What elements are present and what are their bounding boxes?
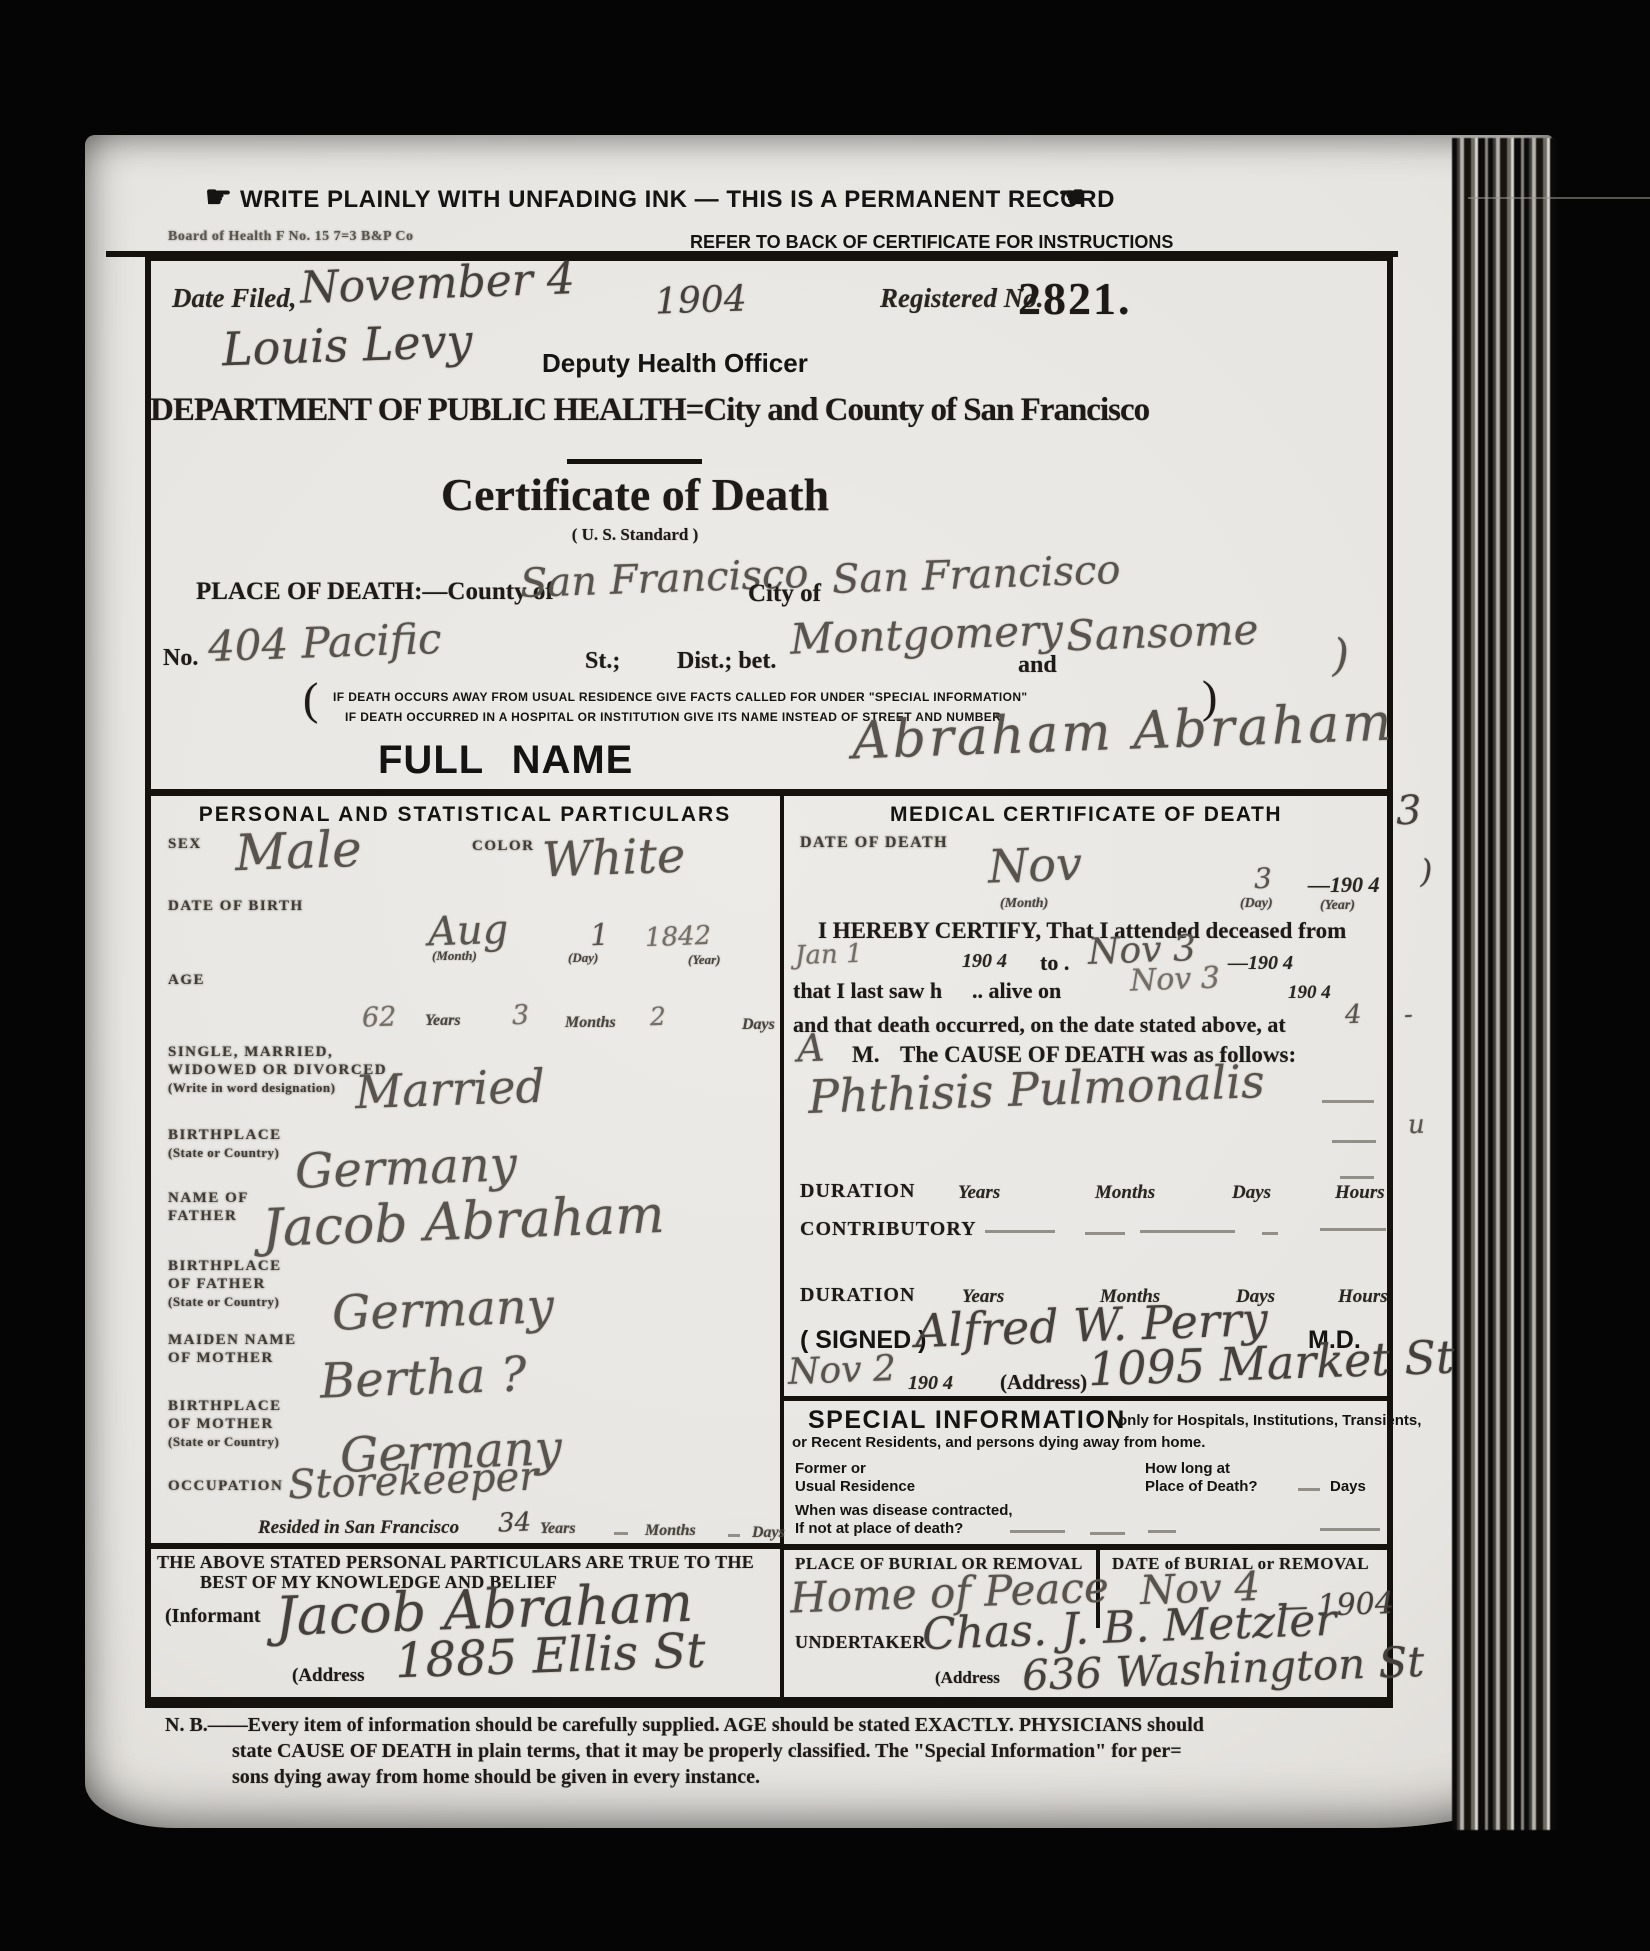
book-binding-edge [1452,138,1556,1830]
date-filed-label: Date Filed, [172,283,296,314]
undertaker-label: UNDERTAKER [795,1632,926,1653]
father-birthplace-label-1: BIRTHPLACE [168,1258,282,1275]
color-label: COLOR [472,838,535,855]
cause-dash-2 [1332,1140,1376,1143]
marital-value: Married [354,1059,546,1120]
duration-label-2: DURATION [800,1284,915,1307]
age-label: AGE [168,972,205,989]
father-name-label-2: FATHER [168,1208,237,1225]
contracted-dash-4 [1320,1528,1380,1531]
mother-birthplace-label-3: (State or Country) [168,1434,279,1450]
residence-note-line1: IF DEATH OCCURS AWAY FROM USUAL RESIDENC… [333,690,1027,704]
former-residence-label-1: Former or [795,1460,866,1477]
disease-contracted-label-2: If not at place of death? [795,1520,963,1537]
health-officer-signature: Louis Levy [221,314,473,377]
date-of-death-day: 3 [1253,862,1272,896]
dob-label: DATE OF BIRTH [168,898,304,915]
place-of-death-label: PLACE OF DEATH:—County of [196,578,554,606]
dob-year-label: (Year) [688,952,721,968]
informant-address-label: (Address [292,1665,365,1687]
binding-mark-3: 3 [1395,788,1422,835]
board-of-health-form-line: Board of Health F No. 15 7=3 B&P Co [168,229,413,245]
attended-to-year: —190 4 [1228,952,1293,975]
pointing-hand-left-icon: ☚ [1058,180,1085,215]
age-years-label: Years [425,1012,461,1030]
certify-line: I HEREBY CERTIFY, That I attended deceas… [818,918,1346,944]
duration1-days-label: Days [1232,1182,1271,1204]
contributory-dash-1 [985,1230,1055,1233]
date-of-death-year-label: (Year) [1320,898,1355,914]
contributory-dash-3 [1140,1230,1235,1233]
last-saw-value: Nov 3 [1129,960,1220,998]
certificate-title: Certificate of Death [150,468,1120,521]
mother-birthplace-label-1: BIRTHPLACE [168,1398,282,1415]
contracted-dash-3 [1148,1530,1176,1533]
occupation-label: OCCUPATION [168,1478,283,1495]
signed-date-value: Nov 2 [787,1348,896,1393]
date-of-death-month-label: (Month) [1000,896,1048,912]
nb-note-line-1: N. B.——Every item of information should … [165,1714,1204,1737]
health-officer-title: Deputy Health Officer [542,348,808,379]
columns-top-rule [150,789,1388,796]
cause-dash-3 [1340,1176,1374,1179]
attended-from-value: Jan 1 [794,939,862,971]
full-name-label: FULL NAME [378,738,633,783]
date-filed-year: 1904 [654,278,747,322]
pointing-hand-right-icon: ☛ [205,180,232,215]
mother-maiden-label-2: OF MOTHER [168,1350,274,1367]
street-close-paren: ) [1331,630,1350,682]
contracted-dash-1 [1010,1530,1065,1533]
am-label: M. [852,1042,879,1068]
contributory-dash-5 [1320,1228,1386,1231]
occurred-hour-value: 4 [1344,1000,1362,1031]
special-info-note-2: or Recent Residents, and persons dying a… [792,1434,1205,1451]
cause-dash-1 [1322,1100,1374,1103]
note-open-paren: ( [303,672,318,725]
nb-note-line-2: state CAUSE OF DEATH in plain terms, tha… [232,1740,1182,1763]
former-residence-label-2: Usual Residence [795,1478,915,1495]
duration1-years-label: Years [958,1182,1000,1204]
attended-from-year: 190 4 [962,950,1007,973]
binding-mark-dash: - [1403,1000,1413,1030]
date-of-death-year: —190 4 [1308,872,1380,898]
sex-label: SEX [168,836,202,853]
department-title: DEPARTMENT OF PUBLIC HEALTH=City and Cou… [150,392,1130,429]
column-divider [780,793,784,1698]
special-info-rule [784,1396,1388,1401]
scan-scratch-line [1468,197,1650,199]
duration1-hours-label: Hours [1335,1182,1385,1204]
and-label: and [1018,652,1057,679]
contributory-label: CONTRIBUTORY [800,1218,977,1241]
resided-years-value: 34 [497,1507,531,1538]
age-months-value: 3 [511,1000,529,1032]
resided-years-label: Years [540,1520,576,1538]
am-handwritten-value: A [796,1026,825,1071]
banner-text: WRITE PLAINLY WITH UNFADING INK — THIS I… [240,186,1060,214]
occurred-label: and that death occurred, on the date sta… [793,1012,1286,1038]
date-filed-value: November 4 [299,253,575,314]
registered-no-value: 2821. [1018,272,1132,325]
binding-mark-u: u [1407,1110,1425,1141]
duration2-hours-label: Hours [1338,1286,1388,1308]
father-birthplace-value: Germany [331,1278,555,1342]
st-label: St.; [585,648,620,675]
mother-maiden-label-1: MAIDEN NAME [168,1332,297,1349]
box-border-top [145,256,1393,261]
informant-label: (Informant [165,1605,261,1628]
last-saw-label-1: that I last saw h [793,978,942,1004]
resided-days-label: Days [752,1524,785,1542]
birthplace-label: BIRTHPLACE [168,1127,282,1144]
signed-date-year: 190 4 [908,1372,953,1395]
dob-day-label: (Day) [568,950,598,966]
signed-address-label: (Address) [1000,1370,1087,1395]
disease-contracted-label-1: When was disease contracted, [795,1502,1013,1519]
refer-to-back-note: REFER TO BACK OF CERTIFICATE FOR INSTRUC… [690,232,1173,253]
dob-day-value: 1 [589,918,609,954]
marital-label-1: SINGLE, MARRIED, [168,1044,333,1061]
resided-months-dash [614,1532,628,1535]
resided-label: Resided in San Francisco [258,1517,459,1539]
how-long-days-dash [1298,1488,1320,1491]
birthplace-sublabel: (State or Country) [168,1145,279,1161]
how-long-days-label: Days [1330,1478,1366,1495]
informant-address-value: 1885 Ellis St [394,1623,706,1690]
left-affirm-rule [150,1543,783,1549]
contributory-dash-4 [1262,1232,1278,1235]
no-label: No. [163,645,198,672]
how-long-label-1: How long at [1145,1460,1230,1477]
city-of-label: City of [748,580,821,608]
father-birthplace-label-3: (State or Country) [168,1294,279,1310]
color-value: White [541,828,686,889]
last-saw-label-2: .. alive on [972,978,1061,1004]
duration1-months-label: Months [1095,1182,1155,1204]
to-label: to . [1040,950,1069,976]
duration-label-1: DURATION [800,1180,915,1203]
affirm-line-1: THE ABOVE STATED PERSONAL PARTICULARS AR… [157,1552,754,1573]
contributory-dash-2 [1085,1232,1125,1235]
date-of-death-label: DATE OF DEATH [800,834,948,852]
binding-mark-paren: ) [1419,852,1433,890]
resided-months-label: Months [645,1522,696,1540]
occupation-value: Storekeeper [287,1454,539,1509]
burial-row-rule [784,1544,1388,1550]
age-months-label: Months [565,1014,616,1032]
title-divider [567,459,702,464]
mother-birthplace-label-2: OF MOTHER [168,1416,274,1433]
age-days-value: 2 [649,1002,666,1032]
date-of-death-month: Nov [987,836,1083,893]
dob-month-label: (Month) [432,948,477,964]
contracted-dash-2 [1090,1532,1125,1535]
mother-maiden-value: Bertha ? [319,1346,527,1409]
scanned-death-certificate: ☛ WRITE PLAINLY WITH UNFADING INK — THIS… [0,0,1650,1951]
father-birthplace-label-2: OF FATHER [168,1276,266,1293]
street-number-value: 404 Pacific [207,614,442,671]
box-border-right [1387,256,1393,1708]
how-long-label-2: Place of Death? [1145,1478,1258,1495]
special-info-note-1: only for Hospitals, Institutions, Transi… [1118,1412,1421,1429]
nb-note-line-3: sons dying away from home should be give… [232,1766,760,1789]
last-saw-year: 190 4 [1288,982,1331,1004]
box-border-bottom [145,1697,1393,1708]
us-standard-subtitle: ( U. S. Standard ) [150,525,1120,545]
sex-value: Male [234,820,363,882]
age-years-value: 62 [361,1001,396,1033]
and-street-value: Sansome [1065,605,1259,661]
dob-year-value: 1842 [644,921,711,953]
age-days-label: Days [742,1016,775,1034]
marital-label-3: (Write in word designation) [168,1080,335,1096]
special-info-title: SPECIAL INFORMATION [808,1406,1126,1435]
date-of-death-day-label: (Day) [1240,896,1273,912]
right-column-header: MEDICAL CERTIFICATE OF DEATH [786,803,1386,827]
resided-days-dash [728,1534,740,1537]
father-name-label-1: NAME OF [168,1190,249,1207]
dist-bet-label: Dist.; bet. [677,648,776,675]
undertaker-address-label: (Address [935,1668,1000,1688]
